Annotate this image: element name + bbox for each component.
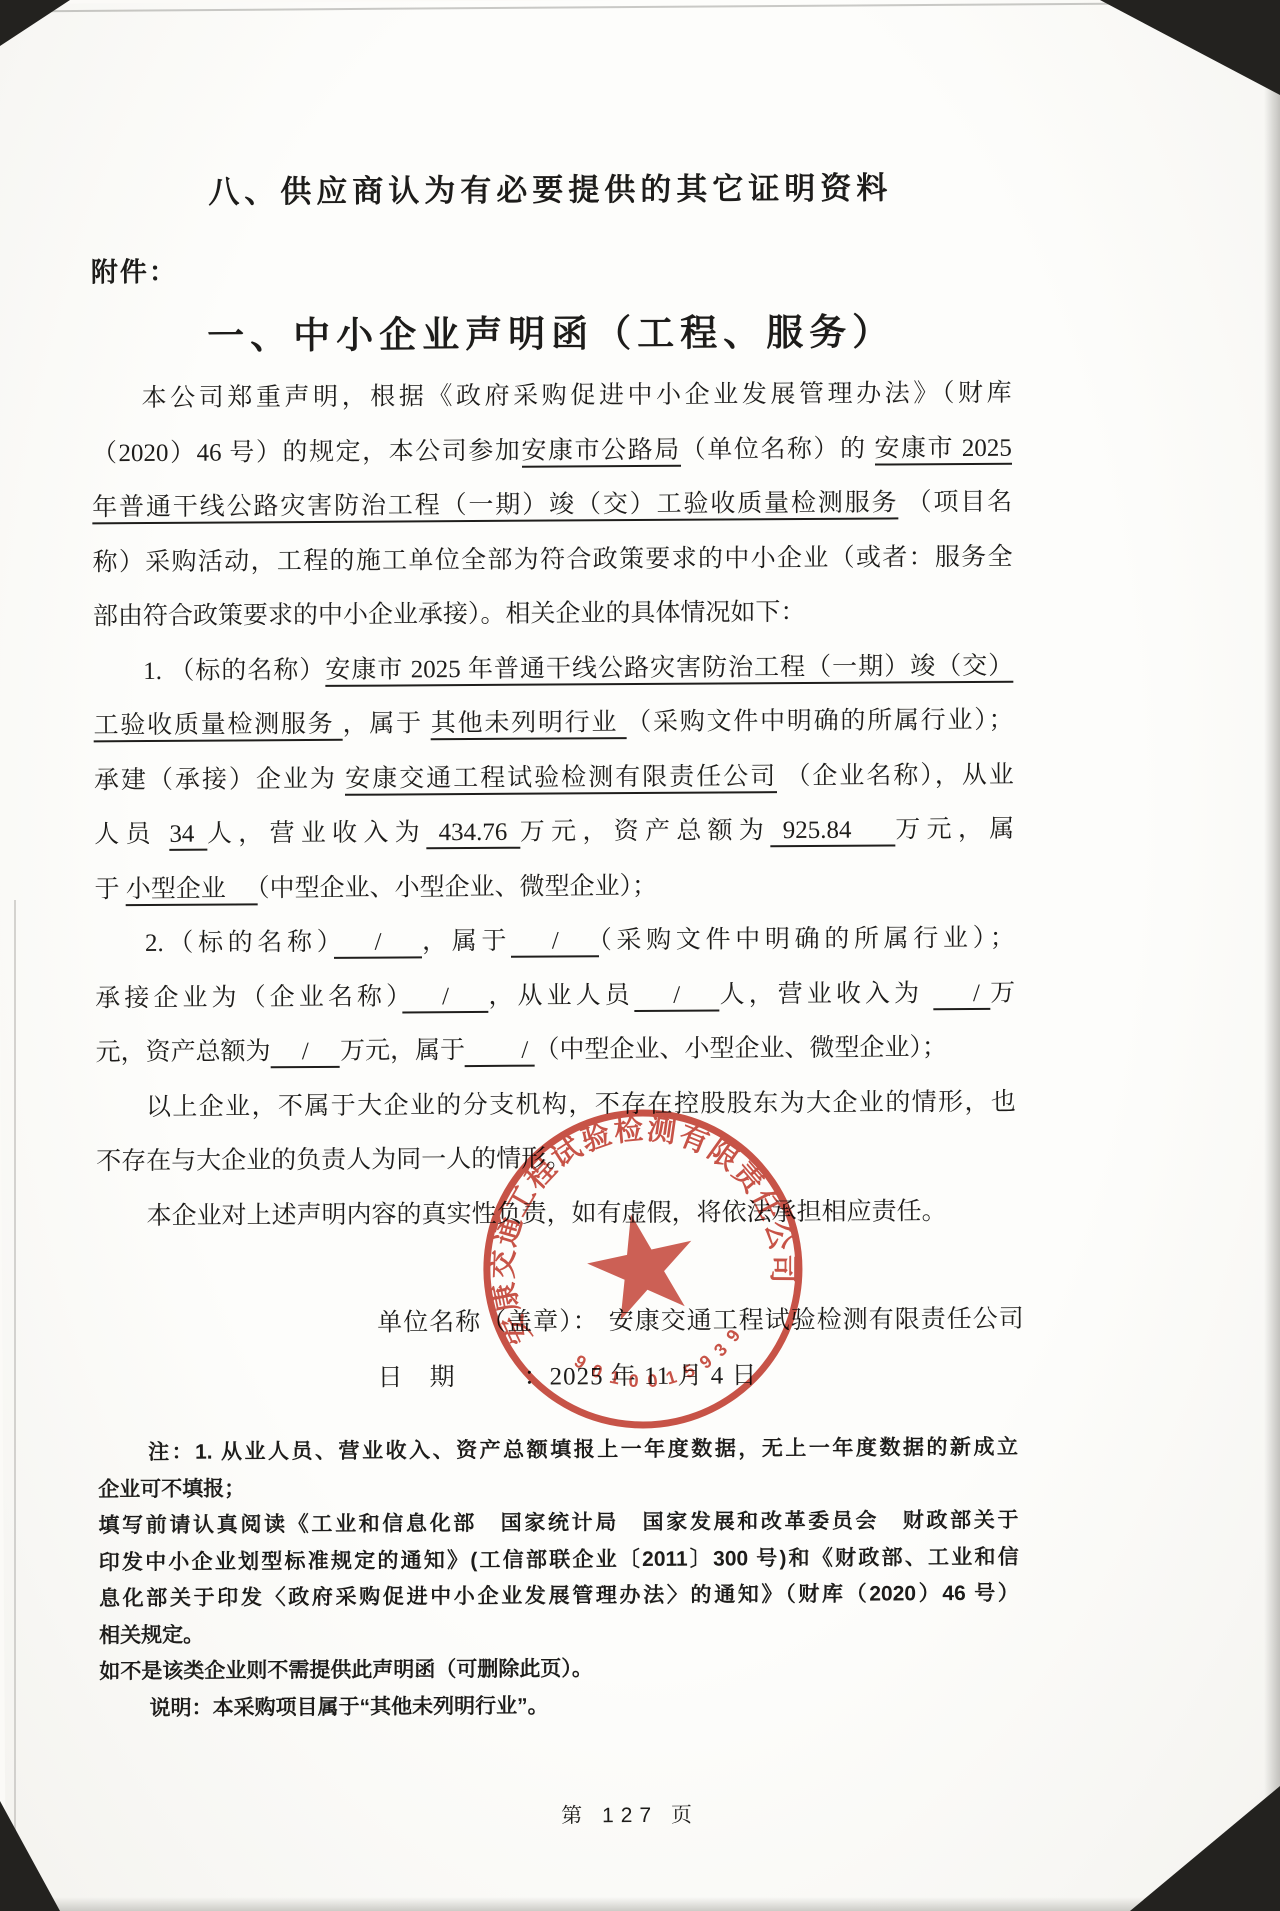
text-run: （企业名称），从业 [777,761,1014,789]
underlined-field: 安康市 2025 [874,434,1012,465]
body-line: 部由符合政策要求的中小企业承接）。相关企业的具体情况如下： [93,585,1013,645]
note-line: 相关规定。 [99,1612,1019,1654]
body-line: 人员 34 人，营业收入为 434.76 万元，资产总额为 925.84 万元，… [94,803,1014,863]
document-sheet: 八、供应商认为有必要提供的其它证明资料 附件： 一、中小企业声明函（工程、服务）… [0,0,1280,1911]
underlined-field: 安康市 2025 年普通干线公路灾害防治工程（一期）竣（交） [325,652,1013,686]
text-run: 万 [990,979,1015,1006]
underlined-field: 工验收质量检测服务 [94,711,343,743]
text-run: 万元，属于 [340,1037,465,1065]
scan-edge-artifact [1264,0,1280,1911]
body-line: 本公司郑重声明，根据《政府采购促进中小企业发展管理办法》（财库 [91,367,1011,427]
text-run: 1. （标的名称） [143,656,325,684]
note-line: 如不是该类企业则不需提供此声明函（可删除此页）。 [99,1649,1019,1691]
body-line: 承建（承接）企业为 安康交通工程试验检测有限责任公司 （企业名称），从业 [94,748,1014,808]
notes-lines: 注：1. 从业人员、营业收入、资产总额填报上一年度数据，无上一年度数据的新成立企… [98,1430,1020,1728]
declaration-heading: 一、中小企业声明函（工程、服务） [91,301,1011,361]
text-run: 相关规定。 [99,1623,204,1647]
company-seal-stamp: 安康交通工程试验检测有限责任公司 9010015939 [446,1073,839,1466]
text-run: 填写前请认真阅读《工业和信息化部 国家统计局 国家发展和改革委员会 财政部关于 [98,1509,1018,1538]
note-line: 说明：本采购项目属于“其他未列明行业”。 [99,1685,1019,1727]
note-line: 企业可不填报； [98,1466,1018,1508]
text-run: 注：1. 从业人员、营业收入、资产总额填报上一年度数据，无上一年度数据的新成立 [148,1436,1018,1464]
text-run: ，属于 [422,928,511,956]
note-line: 注：1. 从业人员、营业收入、资产总额填报上一年度数据，无上一年度数据的新成立 [98,1430,1018,1472]
text-run: 人，营业收入为 [720,980,934,1008]
body-line: 称）采购活动，工程的施工单位全部为符合政策要求的中小企业（或者：服务全 [92,530,1012,590]
seal-star-icon [579,1203,705,1325]
text-run: （中型企业、小型企业、微型企业）； [257,872,657,901]
note-line: 息化部关于印发〈政府采购促进中小企业发展管理办法〉的通知》（财库（2020）46… [99,1576,1019,1618]
underlined-field: / [271,1038,341,1068]
text-run: 万元，属 [895,816,1014,844]
text-run: 说明：本采购项目属于“其他未列明行业”。 [150,1694,549,1719]
underlined-field: 小型企业 [126,875,257,906]
note-line: 印发中小企业划型标准规定的通知》(工信部联企业〔2011〕300 号)和《财政部… [99,1539,1019,1581]
text-run: （中型企业、小型企业、微型企业）； [534,1034,947,1064]
text-run: （采购文件中明确的所属行业）； [626,707,1013,736]
underlined-field: 其他未列明行业 [431,709,627,740]
text-run: （项目名 [898,489,1012,517]
underlined-field: 安康交通工程试验检测有限责任公司 [345,763,777,796]
text-run: （采购文件中明确的所属行业）； [599,925,1015,955]
underlined-field: / [403,982,489,1013]
body-line: 工验收质量检测服务 ，属于 其他未列明行业 （采购文件中明确的所属行业）； [93,694,1013,754]
scan-edge-artifact [14,900,16,1880]
page-number: 第 127 页 [561,1799,699,1830]
body-line: 1. （标的名称）安康市 2025 年普通干线公路灾害防治工程（一期）竣（交） [93,639,1013,699]
scanned-document-page: 八、供应商认为有必要提供的其它证明资料 附件： 一、中小企业声明函（工程、服务）… [0,0,1280,1911]
text-run: ，属于 [342,710,430,738]
body-line: （2020）46 号）的规定，本公司参加安康市公路局（单位名称）的 安康市 20… [92,421,1012,481]
underlined-field: / [933,979,990,1009]
text-run: 如不是该类企业则不需提供此声明函（可删除此页）。 [99,1657,593,1683]
underlined-field: 安康市公路局 [521,436,680,467]
underlined-field: 434.76 [426,819,520,850]
underlined-field: 34 [169,821,207,851]
underlined-field: / [511,927,599,958]
body-line: 元，资产总额为 / 万元，属于 / （中型企业、小型企业、微型企业）； [95,1021,1015,1081]
text-run: （2020）46 号）的规定，本公司参加 [92,437,522,467]
text-run: 于 [95,876,126,903]
note-line: 填写前请认真阅读《工业和信息化部 国家统计局 国家发展和改革委员会 财政部关于 [98,1503,1018,1545]
text-run: 2.（标的名称） [145,929,334,957]
text-run: 称）采购活动，工程的施工单位全部为符合政策要求的中小企业（或者：服务全 [93,543,1013,576]
underlined-field: / [334,928,422,959]
attachment-label: 附件： [91,250,178,290]
text-run: 万元，资产总额为 [520,817,771,846]
text-run: 部由符合政策要求的中小企业承接）。相关企业的具体情况如下： [93,599,806,630]
text-run: ，从业人员 [488,982,634,1010]
body-line: 于 小型企业 （中型企业、小型企业、微型企业）； [94,857,1014,917]
underlined-field: 年普通干线公路灾害防治工程（一期）竣（交）工验收质量检测服务 [92,489,898,524]
text-run: 元，资产总额为 [96,1038,271,1066]
text-run: 息化部关于印发〈政府采购促进中小企业发展管理办法〉的通知》（财库（2020）46… [99,1582,1019,1611]
text-run: 印发中小企业划型标准规定的通知》(工信部联企业〔2011〕300 号)和《财政部… [99,1545,1019,1574]
underlined-field: / [465,1037,535,1067]
text-run: 企业可不填报； [98,1477,245,1501]
underlined-field: / [634,981,720,1012]
text-run: （单位名称）的 [681,435,875,463]
text-run: 人员 [94,821,169,848]
body-line: 承接企业为（企业名称） / ，从业人员 / 人，营业收入为 / 万 [95,966,1015,1026]
body-line: 年普通干线公路灾害防治工程（一期）竣（交）工验收质量检测服务 （项目名 [92,476,1012,536]
underlined-field: 925.84 [770,816,895,847]
date-label: 日 期 [377,1364,455,1391]
body-lines: 本公司郑重声明，根据《政府采购促进中小企业发展管理办法》（财库（2020）46 … [91,367,1016,1245]
scan-edge-artifact [0,1897,1280,1911]
body-line: 2.（标的名称） / ，属于 / （采购文件中明确的所属行业）； [95,912,1015,972]
text-run: 承接企业为（企业名称） [95,983,403,1012]
text-run: 人，营业收入为 [207,819,426,847]
section-title: 八、供应商认为有必要提供的其它证明资料 [90,162,1010,213]
text-run: 承建（承接）企业为 [94,765,345,794]
text-run: 本公司郑重声明，根据《政府采购促进中小企业发展管理办法》（财库 [142,380,1012,412]
